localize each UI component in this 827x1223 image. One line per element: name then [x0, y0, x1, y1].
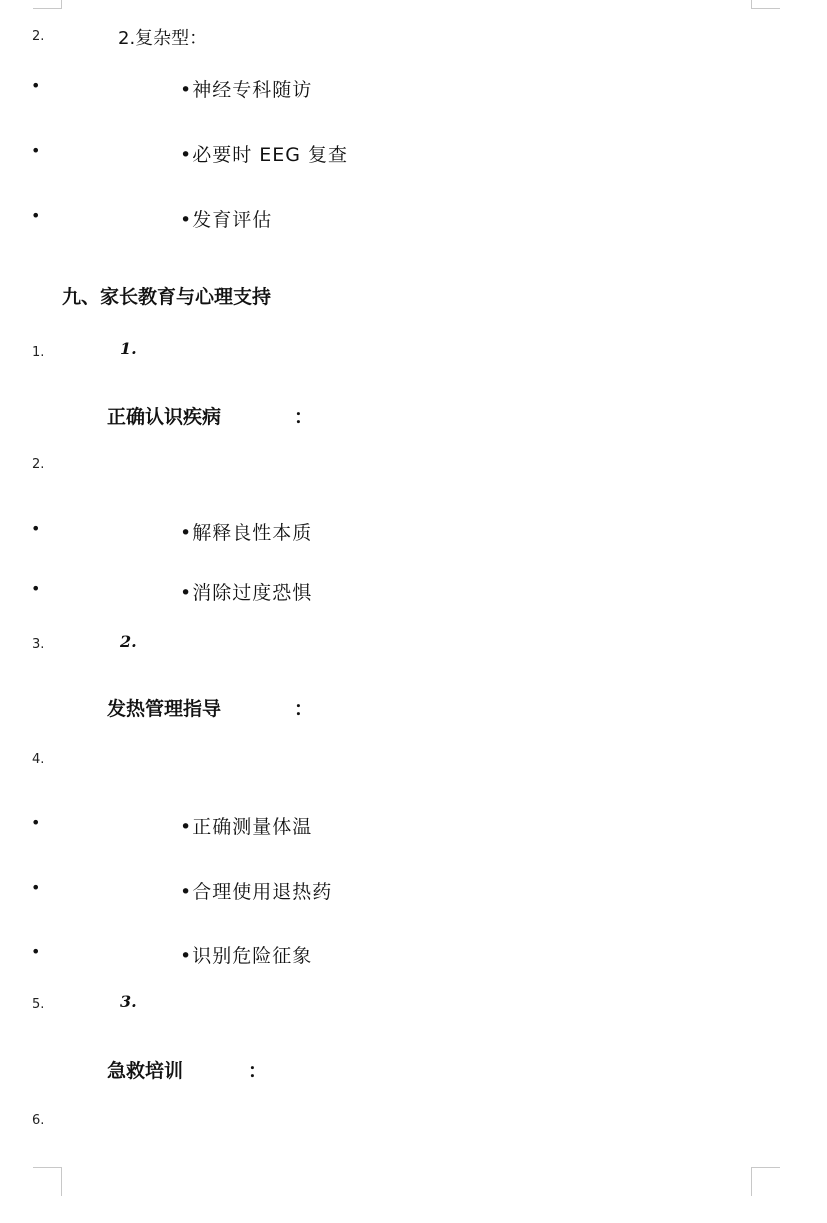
list-item: •正确测量体温	[180, 812, 312, 839]
item-number: 2.	[120, 632, 137, 651]
page-corner-mark-top-left	[33, 0, 62, 9]
bullet-marker: •	[31, 206, 40, 225]
list-marker: 4.	[32, 752, 44, 767]
list-marker: 6.	[32, 1113, 44, 1128]
list-marker: 2.	[32, 457, 44, 472]
section-heading: 2.复杂型：	[118, 24, 207, 50]
bullet-marker: •	[31, 579, 40, 598]
list-item: •发育评估	[180, 205, 272, 232]
bullet-marker: •	[31, 141, 40, 160]
list-item: •消除过度恐惧	[180, 578, 312, 605]
page-corner-mark-bottom-right	[751, 1167, 780, 1196]
bullet-marker: •	[31, 519, 40, 538]
bullet-marker: •	[31, 878, 40, 897]
list-item: •解释良性本质	[180, 518, 312, 545]
list-marker: 3.	[32, 637, 44, 652]
list-marker: 1.	[32, 345, 44, 360]
list-marker: 5.	[32, 997, 44, 1012]
list-marker: 2.	[32, 29, 44, 44]
item-heading: 正确认识疾病	[107, 402, 221, 429]
item-number: 3.	[120, 992, 137, 1011]
page-corner-mark-bottom-left	[33, 1167, 62, 1196]
section-title: 九、家长教育与心理支持	[62, 282, 271, 309]
heading-colon: ：	[294, 694, 313, 721]
list-item: •必要时 EEG 复查	[180, 140, 348, 167]
bullet-marker: •	[31, 813, 40, 832]
item-heading: 发热管理指导	[107, 694, 221, 721]
bullet-marker: •	[31, 942, 40, 961]
item-heading: 急救培训	[107, 1056, 183, 1083]
heading-colon: ：	[294, 402, 313, 429]
list-item: •识别危险征象	[180, 941, 312, 968]
page-corner-mark-top-right	[751, 0, 780, 9]
item-number: 1.	[120, 339, 137, 358]
list-item: •神经专科随访	[180, 75, 312, 102]
list-item: •合理使用退热药	[180, 877, 332, 904]
bullet-marker: •	[31, 76, 40, 95]
heading-colon: ：	[248, 1056, 267, 1083]
